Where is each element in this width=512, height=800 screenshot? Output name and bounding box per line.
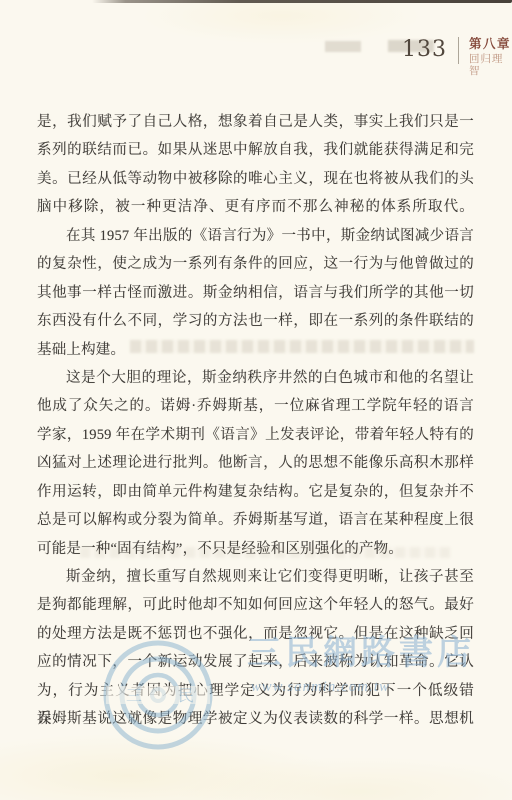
text-line: 乔姆斯基说这就像是物理学被定义为仪表读数的科学一样。思想机: [37, 705, 474, 733]
text-line: 的处理方法是既不惩罚也不强化，而是忽视它。但是在这种缺乏回: [37, 620, 474, 648]
text-line: 美。已经从低等动物中被移除的唯心主义，现在也将被从我们的头: [37, 165, 474, 193]
text-line: 应的情况下，一个新运动发展了起来，后来被称为认知革命。它认: [37, 648, 474, 676]
text-line: 学家，1959 年在学术期刊《语言》上发表评论，带着年轻人特有的: [37, 421, 474, 449]
text-line: 这是个大胆的理论，斯金纳秩序井然的白色城市和他的名望让: [37, 364, 474, 392]
text-line: 东西没有什么不同，学习的方法也一样，即在一系列的条件联结的: [37, 307, 474, 335]
text-line: 凶猛对上述理论进行批判。他断言，人的思想不能像乐高积木那样: [37, 449, 474, 477]
text-line: 是狗都能理解，可此时他却不知如何回应这个年轻人的怒气。最好: [37, 591, 474, 619]
text-line: 他成了众矢之的。诺姆·乔姆斯基，一位麻省理工学院年轻的语言: [37, 392, 474, 420]
text-line: 其他事一样古怪而激进。斯金纳相信，语言与我们所学的其他一切: [37, 279, 474, 307]
chapter-title: 第八章: [469, 37, 512, 51]
text-line: 为，行为主义者因为把心理学定义为行为科学而犯下一个低级错误：: [37, 677, 474, 705]
page-header: 133 第八章 回归理智: [402, 37, 512, 78]
text-line: 可能是一种“固有结构”，不只是经验和区别强化的产物。: [37, 535, 474, 563]
text-line: 脑中移除，被一种更洁净、更有序而不那么神秘的体系所取代。: [37, 193, 474, 221]
text-line: 系列的联结而已。如果从迷思中解放自我，我们就能获得满足和完: [37, 136, 474, 164]
text-block: 是，我们赋予了自己人格，想象着自己是人类，事实上我们只是一系列的联结而已。如果从…: [37, 108, 474, 734]
text-line: 在其 1957 年出版的《语言行为》一书中，斯金纳试图减少语言: [37, 222, 474, 250]
chapter-block: 第八章 回归理智: [469, 37, 512, 78]
page-number: 133: [402, 37, 447, 63]
text-line: 基础上构建。: [37, 336, 474, 364]
scan-edge-line: [92, 0, 512, 3]
text-line: 总是可以解构或分裂为简单。乔姆斯基写道，语言在某种程度上很: [37, 506, 474, 534]
header-divider: [458, 37, 459, 64]
text-line: 是，我们赋予了自己人格，想象着自己是人类，事实上我们只是一: [37, 108, 474, 136]
chapter-subtitle: 回归理智: [469, 54, 512, 78]
text-line: 作用运转，即由简单元件构建复杂结构。它是复杂的，但复杂并不: [37, 478, 474, 506]
page: 133 第八章 回归理智 是，我们赋予了自己人格，想象着自己是人类，事实上我们只…: [0, 0, 512, 800]
bleed-through-artifact: [325, 41, 361, 52]
text-line: 的复杂性，使之成为一系列有条件的回应，这一行为与他曾做过的: [37, 250, 474, 278]
text-line: 斯金纳，擅长重写自然规则来让它们变得更明晰，让孩子甚至: [37, 563, 474, 591]
